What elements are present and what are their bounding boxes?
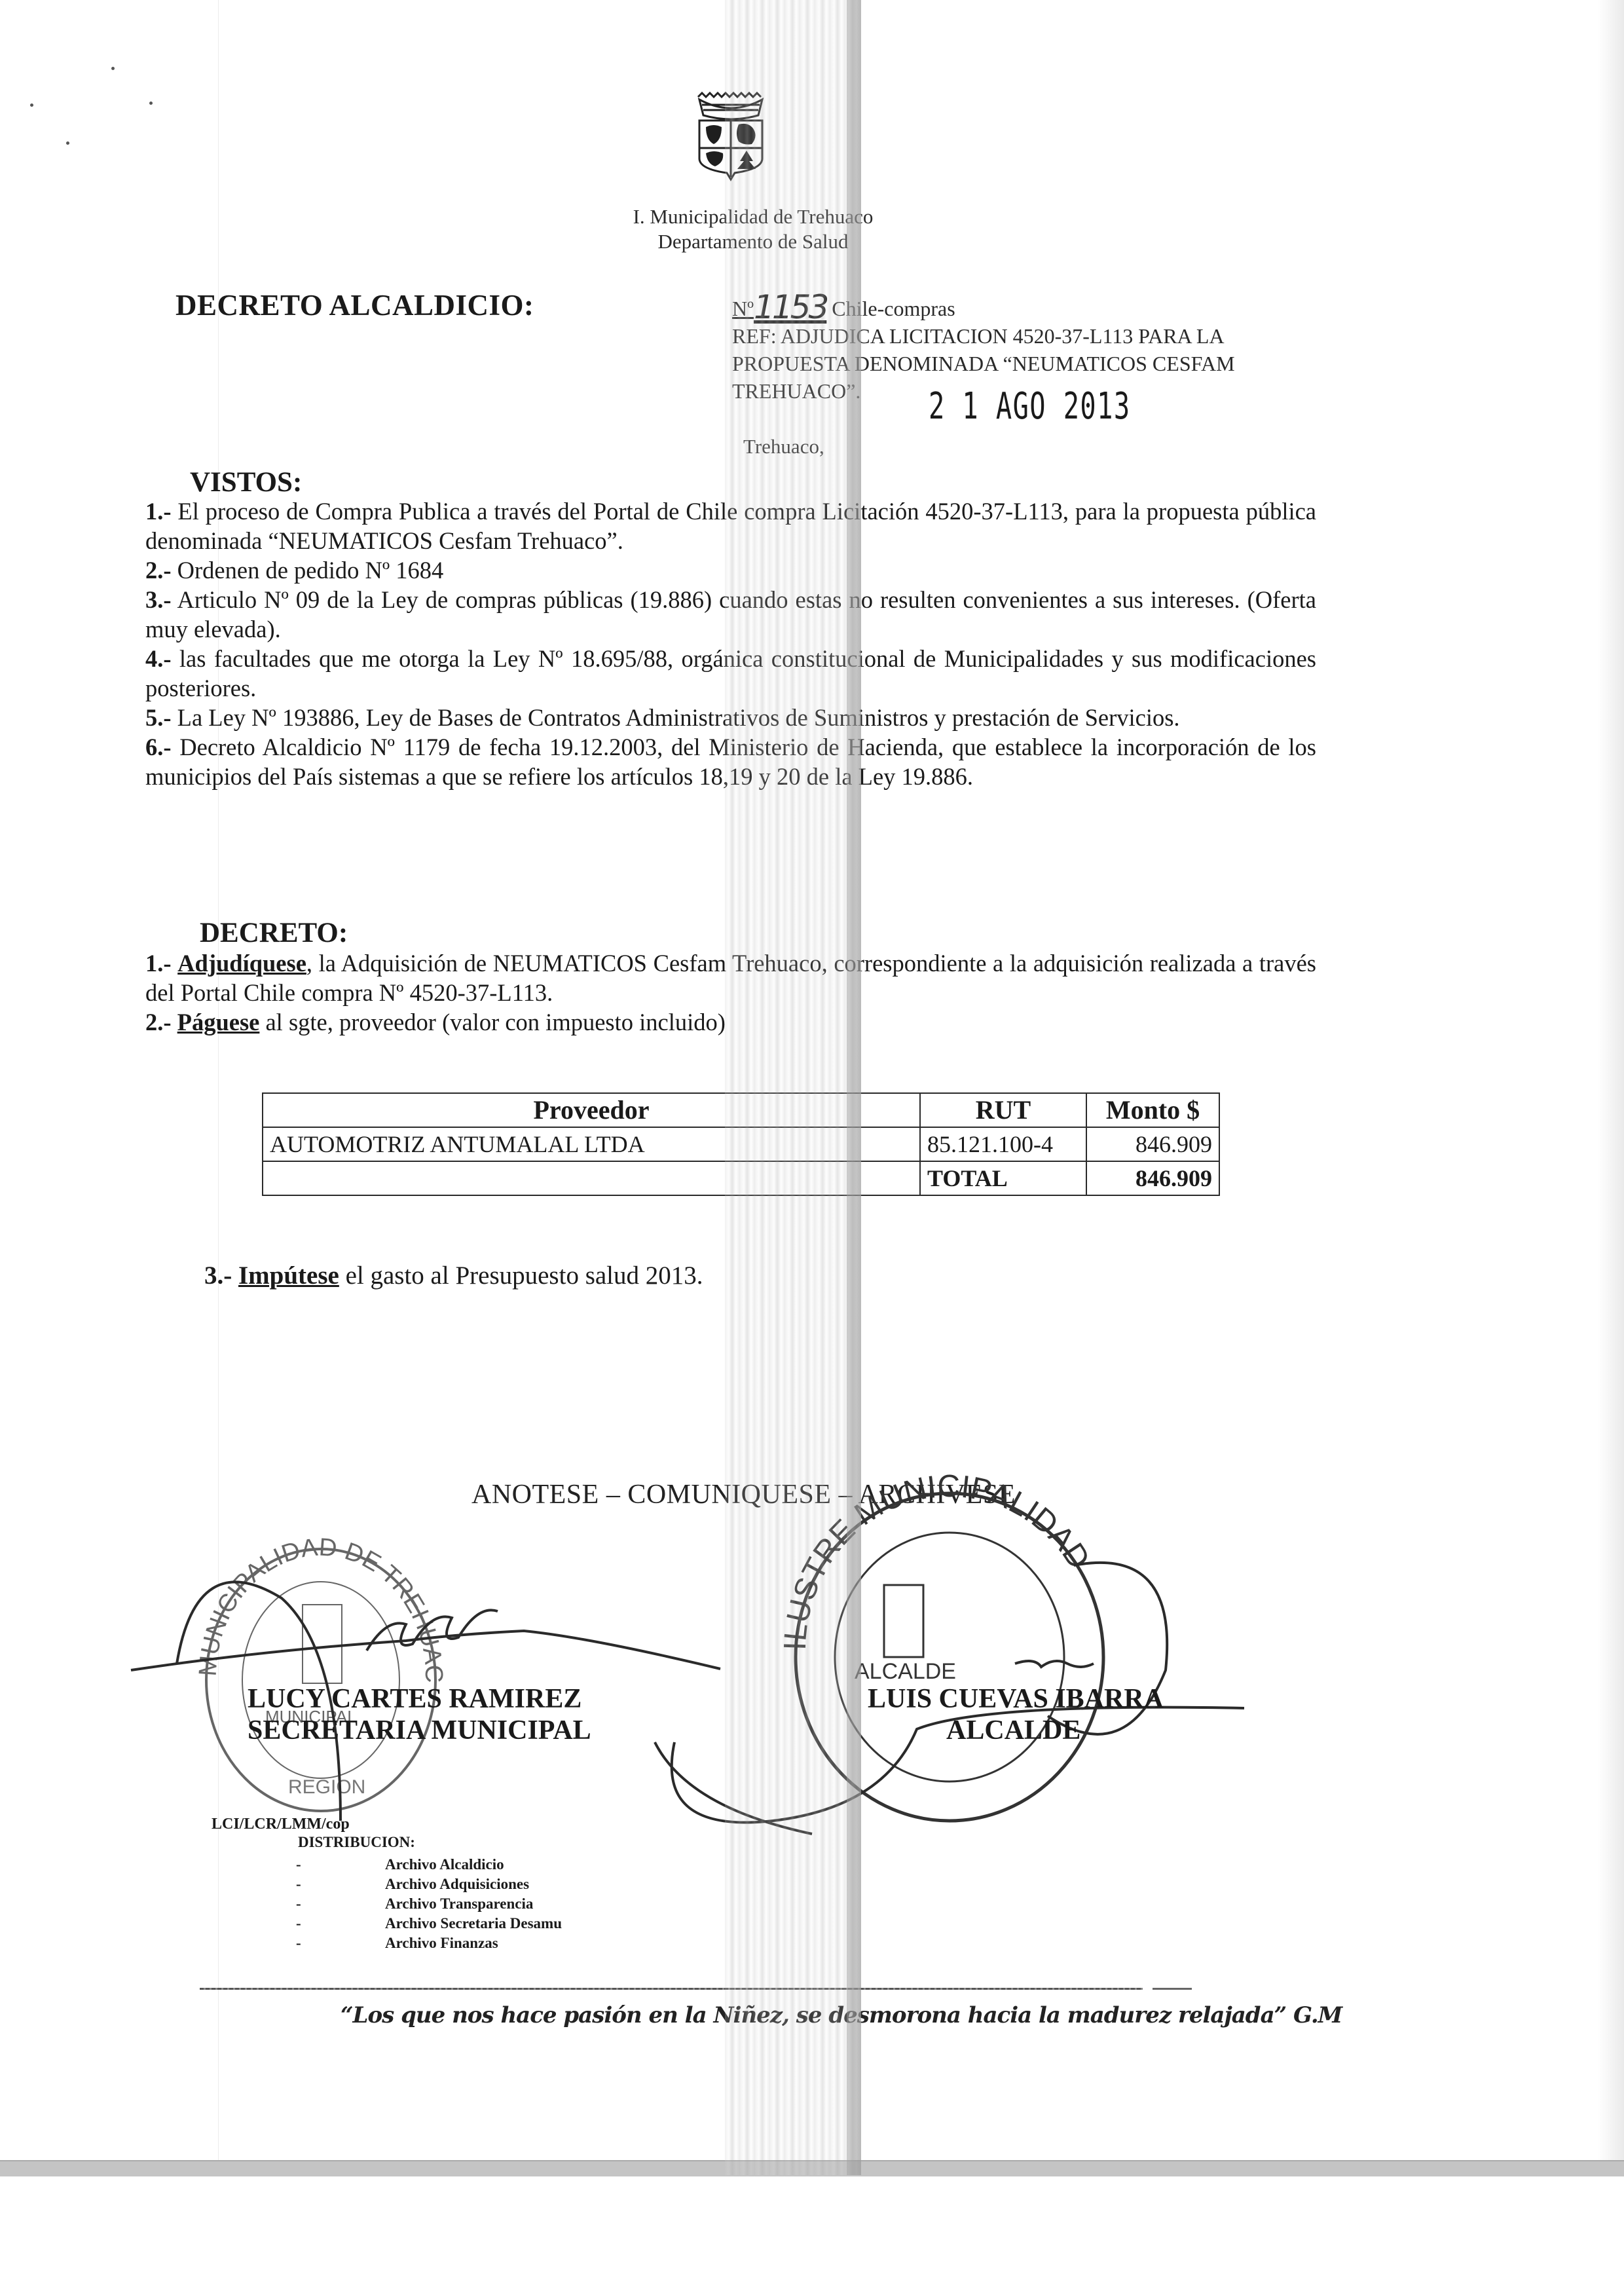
decreto-item: 2.- Páguese al sgte, proveedor (valor co… <box>145 1007 1316 1037</box>
scan-edge-shadow <box>1598 0 1624 2160</box>
handwritten-decree-number: 1153 <box>754 288 826 326</box>
list-item: -Archivo Alcaldicio <box>296 1855 562 1875</box>
column-header-rut: RUT <box>920 1093 1086 1127</box>
total-label: TOTAL <box>920 1161 1086 1195</box>
secretaria-seal-icon <box>206 1549 435 1811</box>
scan-speck <box>30 103 33 107</box>
place-line: Trehuaco, <box>743 435 824 458</box>
column-header-provider: Proveedor <box>263 1093 920 1127</box>
empty-cell <box>263 1161 920 1195</box>
municipal-emblem-icon <box>695 90 766 182</box>
decreto-item-3: 3.- Impútese el gasto al Presupuesto sal… <box>204 1261 1187 1290</box>
procurement-system: Chile-compras <box>832 297 955 320</box>
list-item: -Archivo Secretaria Desamu <box>296 1914 562 1933</box>
scanner-bottom-edge <box>0 2160 1624 2176</box>
list-item: -Archivo Adquisiciones <box>296 1875 562 1894</box>
distribution-heading: DISTRIBUCION: <box>298 1834 415 1851</box>
footer-divider <box>1153 1988 1192 1990</box>
provider-cell: AUTOMOTRIZ ANTUMALAL LTDA <box>263 1127 920 1161</box>
reference-number-line: Nº1153 Chile-compras <box>732 293 1316 322</box>
signatory-name: LUCY CARTES RAMIREZ <box>248 1683 591 1715</box>
svg-text:REGION: REGION <box>288 1776 365 1798</box>
scan-speck <box>149 102 153 105</box>
list-item: -Archivo Finanzas <box>296 1933 562 1953</box>
table-header-row: Proveedor RUT Monto $ <box>263 1093 1219 1127</box>
vistos-heading: VISTOS: <box>190 466 302 498</box>
svg-text:ALCALDE: ALCALDE <box>855 1659 956 1684</box>
footer-quote: “Los que nos hace pasión en la Niñez, se… <box>341 2002 1342 2028</box>
number-label: Nº <box>732 297 754 320</box>
vistos-item: 5.- La Ley Nº 193886, Ley de Bases de Co… <box>145 703 1316 732</box>
signatory-name: LUIS CUEVAS IBARRA <box>868 1683 1164 1715</box>
rut-cell: 85.121.100-4 <box>920 1127 1086 1161</box>
vistos-item: 3.- Articulo Nº 09 de la Ley de compras … <box>145 585 1316 644</box>
footer-divider <box>200 1988 1143 1990</box>
department-name: Departamento de Salud <box>609 229 897 254</box>
signatory-role: SECRETARIA MUNICIPAL <box>248 1715 591 1746</box>
scan-speck <box>111 67 115 70</box>
signatory-alcalde: LUIS CUEVAS IBARRA ALCALDE <box>868 1683 1164 1746</box>
amount-cell: 846.909 <box>1086 1127 1219 1161</box>
date-stamp: 2 1 AGO 2013 <box>929 385 1131 428</box>
alcalde-seal-icon <box>796 1493 1103 1821</box>
letterhead: I. Municipalidad de Trehuaco Departament… <box>609 204 897 254</box>
scan-margin-line <box>218 0 219 2160</box>
vistos-item: 4.- las facultades que me otorga la Ley … <box>145 644 1316 703</box>
column-header-amount: Monto $ <box>1086 1093 1219 1127</box>
vistos-item: 2.- Ordenen de pedido Nº 1684 <box>145 555 1316 585</box>
document-title: DECRETO ALCALDICIO: <box>175 288 534 322</box>
vistos-list: 1.- El proceso de Compra Publica a travé… <box>145 496 1316 791</box>
signatory-secretaria: LUCY CARTES RAMIREZ SECRETARIA MUNICIPAL <box>248 1683 591 1746</box>
table-total-row: TOTAL 846.909 <box>263 1161 1219 1195</box>
payment-table: Proveedor RUT Monto $ AUTOMOTRIZ ANTUMAL… <box>262 1092 1220 1196</box>
vistos-item: 6.- Decreto Alcaldicio Nº 1179 de fecha … <box>145 732 1316 791</box>
typist-initials: LCI/LCR/LMM/cop <box>212 1816 350 1833</box>
total-value: 846.909 <box>1086 1161 1219 1195</box>
scan-speck <box>66 141 69 145</box>
list-item: -Archivo Transparencia <box>296 1894 562 1914</box>
reference-line-1: REF: ADJUDICA LICITACION 4520-37-L113 PA… <box>732 322 1316 350</box>
decreto-heading: DECRETO: <box>200 917 348 949</box>
vistos-item: 1.- El proceso de Compra Publica a travé… <box>145 496 1316 555</box>
institution-name: I. Municipalidad de Trehuaco <box>609 204 897 229</box>
decreto-item: 1.- Adjudíquese, la Adquisición de NEUMA… <box>145 948 1316 1007</box>
table-row: AUTOMOTRIZ ANTUMALAL LTDA 85.121.100-4 8… <box>263 1127 1219 1161</box>
reference-line-2: PROPUESTA DENOMINADA “NEUMATICOS CESFAM <box>732 350 1316 377</box>
signatory-role: ALCALDE <box>868 1715 1164 1746</box>
distribution-list: -Archivo Alcaldicio -Archivo Adquisicion… <box>296 1855 562 1953</box>
svg-text:MUNICIPALIDAD DE TREHUACO: MUNICIPALIDAD DE TREHUACO <box>0 0 447 1683</box>
decreto-list: 1.- Adjudíquese, la Adquisición de NEUMA… <box>145 948 1316 1037</box>
closing-formula: ANOTESE – COMUNIQUESE – ARCHIVESE <box>471 1479 1016 1510</box>
